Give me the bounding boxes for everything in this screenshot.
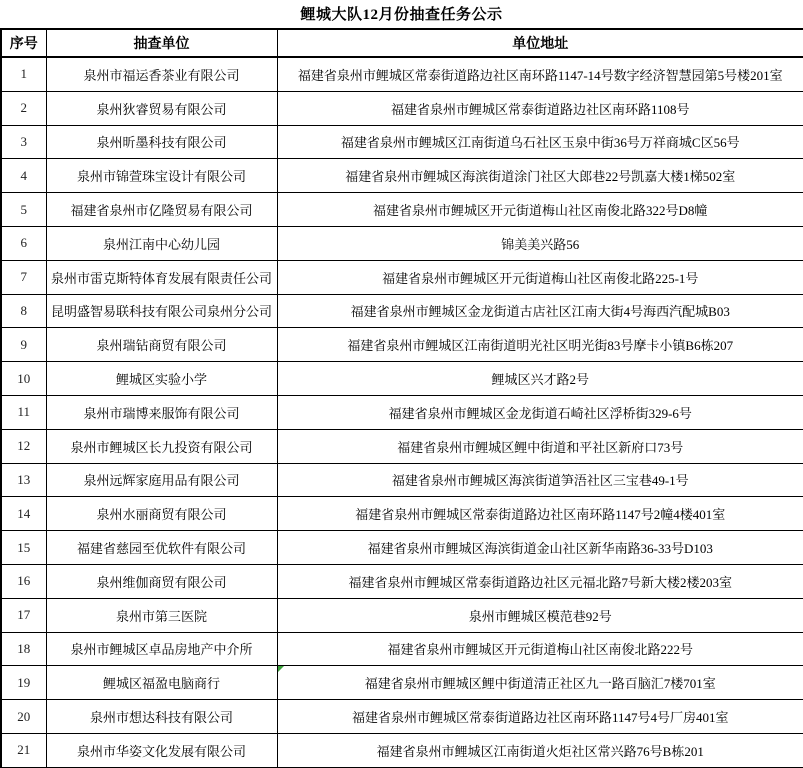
inspected-unit-cell: 泉州维伽商贸有限公司 bbox=[46, 564, 277, 598]
inspected-unit-cell: 泉州市华姿文化发展有限公司 bbox=[46, 733, 277, 767]
inspected-unit-cell: 泉州市雷克斯特体育发展有限责任公司 bbox=[46, 260, 277, 294]
unit-address-cell: 福建省泉州市鲤城区海滨街道涂门社区大郎巷22号凯嘉大楼1梯502室 bbox=[277, 159, 803, 193]
inspected-unit-cell: 泉州江南中心幼儿园 bbox=[46, 226, 277, 260]
table-row: 12泉州市鲤城区长九投资有限公司福建省泉州市鲤城区鲤中街道和平社区新府口73号 bbox=[1, 429, 803, 463]
table-row: 1泉州市福运香茶业有限公司福建省泉州市鲤城区常泰街道路边社区南环路1147-14… bbox=[1, 57, 803, 91]
serial-number-cell: 21 bbox=[1, 733, 46, 767]
serial-number-cell: 15 bbox=[1, 531, 46, 565]
serial-number-cell: 2 bbox=[1, 91, 46, 125]
serial-number-cell: 8 bbox=[1, 294, 46, 328]
unit-address-cell: 福建省泉州市鲤城区开元街道梅山社区南俊北路225-1号 bbox=[277, 260, 803, 294]
unit-address-cell: 福建省泉州市鲤城区江南街道乌石社区玉泉中街36号万祥商城C区56号 bbox=[277, 125, 803, 159]
unit-address-cell: 泉州市鲤城区模范巷92号 bbox=[277, 598, 803, 632]
inspected-unit-cell: 昆明盛智易联科技有限公司泉州分公司 bbox=[46, 294, 277, 328]
inspected-unit-cell: 泉州水丽商贸有限公司 bbox=[46, 497, 277, 531]
unit-address-cell: 福建省泉州市鲤城区鲤中街道和平社区新府口73号 bbox=[277, 429, 803, 463]
serial-number-cell: 3 bbox=[1, 125, 46, 159]
inspected-unit-cell: 泉州远辉家庭用品有限公司 bbox=[46, 463, 277, 497]
inspected-unit-cell: 福建省泉州市亿隆贸易有限公司 bbox=[46, 193, 277, 227]
table-row: 5福建省泉州市亿隆贸易有限公司福建省泉州市鲤城区开元街道梅山社区南俊北路322号… bbox=[1, 193, 803, 227]
table-row: 18泉州市鲤城区卓品房地产中介所福建省泉州市鲤城区开元街道梅山社区南俊北路222… bbox=[1, 632, 803, 666]
table-row: 6泉州江南中心幼儿园锦美美兴路56 bbox=[1, 226, 803, 260]
table-row: 13泉州远辉家庭用品有限公司福建省泉州市鲤城区海滨街道笋浯社区三宝巷49-1号 bbox=[1, 463, 803, 497]
serial-number-cell: 17 bbox=[1, 598, 46, 632]
table-body: 1泉州市福运香茶业有限公司福建省泉州市鲤城区常泰街道路边社区南环路1147-14… bbox=[1, 57, 803, 768]
unit-address-cell: 福建省泉州市鲤城区常泰街道路边社区南环路1147号4号厂房401室 bbox=[277, 700, 803, 734]
inspected-unit-cell: 泉州市第三医院 bbox=[46, 598, 277, 632]
table-row: 9泉州瑞钻商贸有限公司福建省泉州市鲤城区江南街道明光社区明光街83号摩卡小镇B6… bbox=[1, 328, 803, 362]
unit-address-cell: 锦美美兴路56 bbox=[277, 226, 803, 260]
serial-number-cell: 6 bbox=[1, 226, 46, 260]
unit-address-cell: 福建省泉州市鲤城区常泰街道路边社区南环路1147-14号数字经济智慧园第5号楼2… bbox=[277, 57, 803, 91]
table-row: 14泉州水丽商贸有限公司福建省泉州市鲤城区常泰街道路边社区南环路1147号2幢4… bbox=[1, 497, 803, 531]
inspected-unit-cell: 福建省慈园至优软件有限公司 bbox=[46, 531, 277, 565]
inspected-unit-cell: 鲤城区福盈电脑商行 bbox=[46, 666, 277, 700]
inspected-unit-cell: 泉州市鲤城区长九投资有限公司 bbox=[46, 429, 277, 463]
unit-address-cell: 福建省泉州市鲤城区海滨街道金山社区新华南路36-33号D103 bbox=[277, 531, 803, 565]
serial-number-cell: 14 bbox=[1, 497, 46, 531]
unit-address-cell: 福建省泉州市鲤城区金龙街道石崎社区浮桥街329-6号 bbox=[277, 395, 803, 429]
cell-corner-marker-icon bbox=[278, 666, 284, 672]
inspected-unit-cell: 泉州市瑞博来服饰有限公司 bbox=[46, 395, 277, 429]
serial-number-cell: 1 bbox=[1, 57, 46, 91]
unit-address-cell: 福建省泉州市鲤城区江南街道明光社区明光街83号摩卡小镇B6栋207 bbox=[277, 328, 803, 362]
table-row: 20泉州市想达科技有限公司福建省泉州市鲤城区常泰街道路边社区南环路1147号4号… bbox=[1, 700, 803, 734]
table-row: 19鲤城区福盈电脑商行福建省泉州市鲤城区鲤中街道清正社区九一路百脑汇7楼701室 bbox=[1, 666, 803, 700]
inspected-unit-cell: 鲤城区实验小学 bbox=[46, 362, 277, 396]
unit-address-cell: 福建省泉州市鲤城区海滨街道笋浯社区三宝巷49-1号 bbox=[277, 463, 803, 497]
column-header-serial-number: 序号 bbox=[1, 29, 46, 57]
unit-address-cell: 福建省泉州市鲤城区开元街道梅山社区南俊北路322号D8幢 bbox=[277, 193, 803, 227]
serial-number-cell: 11 bbox=[1, 395, 46, 429]
table-row: 17泉州市第三医院泉州市鲤城区模范巷92号 bbox=[1, 598, 803, 632]
unit-address-cell: 福建省泉州市鲤城区鲤中街道清正社区九一路百脑汇7楼701室 bbox=[277, 666, 803, 700]
unit-address-cell: 福建省泉州市鲤城区江南街道火炬社区常兴路76号B栋201 bbox=[277, 733, 803, 767]
unit-address-cell: 福建省泉州市鲤城区常泰街道路边社区元福北路7号新大楼2楼203室 bbox=[277, 564, 803, 598]
table-row: 16泉州维伽商贸有限公司福建省泉州市鲤城区常泰街道路边社区元福北路7号新大楼2楼… bbox=[1, 564, 803, 598]
announcement-page: 鲤城大队12月份抽查任务公示 序号 抽查单位 单位地址 1泉州市福运香茶业有限公… bbox=[0, 0, 803, 768]
serial-number-cell: 16 bbox=[1, 564, 46, 598]
inspected-unit-cell: 泉州市鲤城区卓品房地产中介所 bbox=[46, 632, 277, 666]
serial-number-cell: 7 bbox=[1, 260, 46, 294]
serial-number-cell: 5 bbox=[1, 193, 46, 227]
serial-number-cell: 12 bbox=[1, 429, 46, 463]
table-header-row: 序号 抽查单位 单位地址 bbox=[1, 29, 803, 57]
unit-address-cell: 福建省泉州市鲤城区常泰街道路边社区南环路1147号2幢4楼401室 bbox=[277, 497, 803, 531]
page-title: 鲤城大队12月份抽查任务公示 bbox=[0, 0, 803, 28]
table-row: 21泉州市华姿文化发展有限公司福建省泉州市鲤城区江南街道火炬社区常兴路76号B栋… bbox=[1, 733, 803, 767]
column-header-unit-address: 单位地址 bbox=[277, 29, 803, 57]
column-header-inspected-unit: 抽查单位 bbox=[46, 29, 277, 57]
unit-address-cell: 福建省泉州市鲤城区金龙街道古店社区江南大街4号海西汽配城B03 bbox=[277, 294, 803, 328]
unit-address-cell: 鲤城区兴才路2号 bbox=[277, 362, 803, 396]
serial-number-cell: 9 bbox=[1, 328, 46, 362]
inspected-unit-cell: 泉州市福运香茶业有限公司 bbox=[46, 57, 277, 91]
serial-number-cell: 4 bbox=[1, 159, 46, 193]
inspected-unit-cell: 泉州市想达科技有限公司 bbox=[46, 700, 277, 734]
inspection-task-table: 序号 抽查单位 单位地址 1泉州市福运香茶业有限公司福建省泉州市鲤城区常泰街道路… bbox=[0, 28, 803, 768]
serial-number-cell: 10 bbox=[1, 362, 46, 396]
inspected-unit-cell: 泉州瑞钻商贸有限公司 bbox=[46, 328, 277, 362]
inspected-unit-cell: 泉州昕墨科技有限公司 bbox=[46, 125, 277, 159]
table-row: 2泉州狄睿贸易有限公司福建省泉州市鲤城区常泰街道路边社区南环路1108号 bbox=[1, 91, 803, 125]
unit-address-cell: 福建省泉州市鲤城区开元街道梅山社区南俊北路222号 bbox=[277, 632, 803, 666]
inspected-unit-cell: 泉州市锦萱珠宝设计有限公司 bbox=[46, 159, 277, 193]
unit-address-cell: 福建省泉州市鲤城区常泰街道路边社区南环路1108号 bbox=[277, 91, 803, 125]
table-row: 11泉州市瑞博来服饰有限公司福建省泉州市鲤城区金龙街道石崎社区浮桥街329-6号 bbox=[1, 395, 803, 429]
inspected-unit-cell: 泉州狄睿贸易有限公司 bbox=[46, 91, 277, 125]
serial-number-cell: 20 bbox=[1, 700, 46, 734]
table-row: 8昆明盛智易联科技有限公司泉州分公司福建省泉州市鲤城区金龙街道古店社区江南大街4… bbox=[1, 294, 803, 328]
serial-number-cell: 13 bbox=[1, 463, 46, 497]
serial-number-cell: 18 bbox=[1, 632, 46, 666]
serial-number-cell: 19 bbox=[1, 666, 46, 700]
table-row: 4泉州市锦萱珠宝设计有限公司福建省泉州市鲤城区海滨街道涂门社区大郎巷22号凯嘉大… bbox=[1, 159, 803, 193]
table-row: 15福建省慈园至优软件有限公司福建省泉州市鲤城区海滨街道金山社区新华南路36-3… bbox=[1, 531, 803, 565]
table-row: 10鲤城区实验小学鲤城区兴才路2号 bbox=[1, 362, 803, 396]
table-row: 7泉州市雷克斯特体育发展有限责任公司福建省泉州市鲤城区开元街道梅山社区南俊北路2… bbox=[1, 260, 803, 294]
table-row: 3泉州昕墨科技有限公司福建省泉州市鲤城区江南街道乌石社区玉泉中街36号万祥商城C… bbox=[1, 125, 803, 159]
